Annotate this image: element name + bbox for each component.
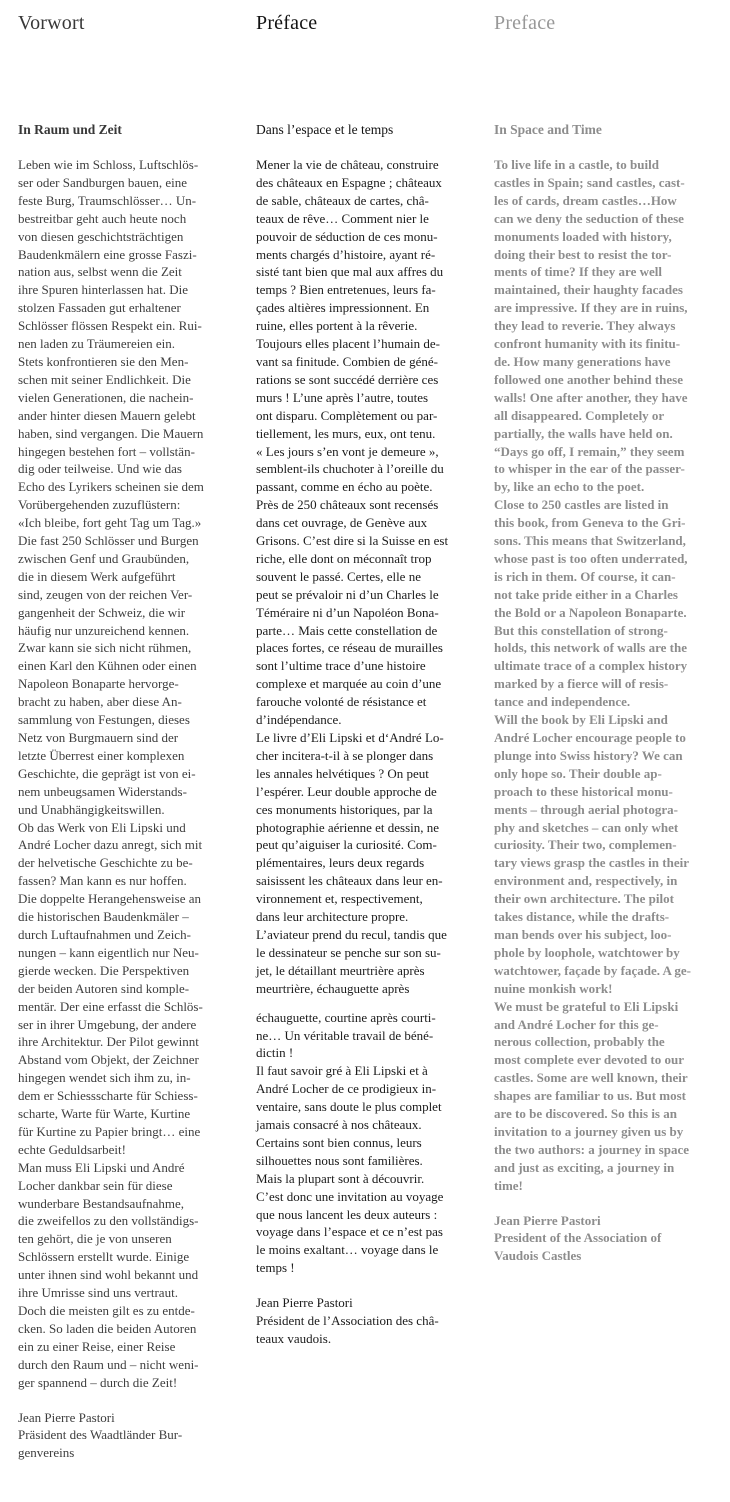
body-text-english: To live life in a castle, to build castl…: [494, 156, 714, 1195]
signature-german: Jean Pierre Pastori Präsident des Waadtl…: [18, 1409, 238, 1463]
preface-page: Vorwort In Raum und Zeit Leben wie im Sc…: [0, 0, 730, 1502]
signature-english: Jean Pierre Pastori President of the Ass…: [494, 1212, 714, 1266]
column-subtitle-french: Dans l’espace et le temps: [256, 121, 476, 138]
body-text-french-1: Mener la vie de château, construire des …: [256, 156, 476, 998]
column-title-english: Preface: [494, 12, 714, 35]
body-text-german: Leben wie im Schloss, Luftschlös- ser od…: [18, 156, 238, 1392]
body-text-french-2: échauguette, courtine après courti- ne… …: [256, 1009, 476, 1278]
column-title-french: Préface: [256, 12, 476, 35]
column-french: Préface Dans l’espace et le temps Mener …: [256, 12, 476, 1502]
signature-french: Jean Pierre Pastori Président de l’Assoc…: [256, 1294, 476, 1348]
column-english: Preface In Space and Time To live life i…: [494, 12, 714, 1502]
column-title-german: Vorwort: [18, 12, 238, 35]
column-subtitle-german: In Raum und Zeit: [18, 121, 238, 138]
column-subtitle-english: In Space and Time: [494, 121, 714, 138]
column-german: Vorwort In Raum und Zeit Leben wie im Sc…: [18, 12, 238, 1502]
